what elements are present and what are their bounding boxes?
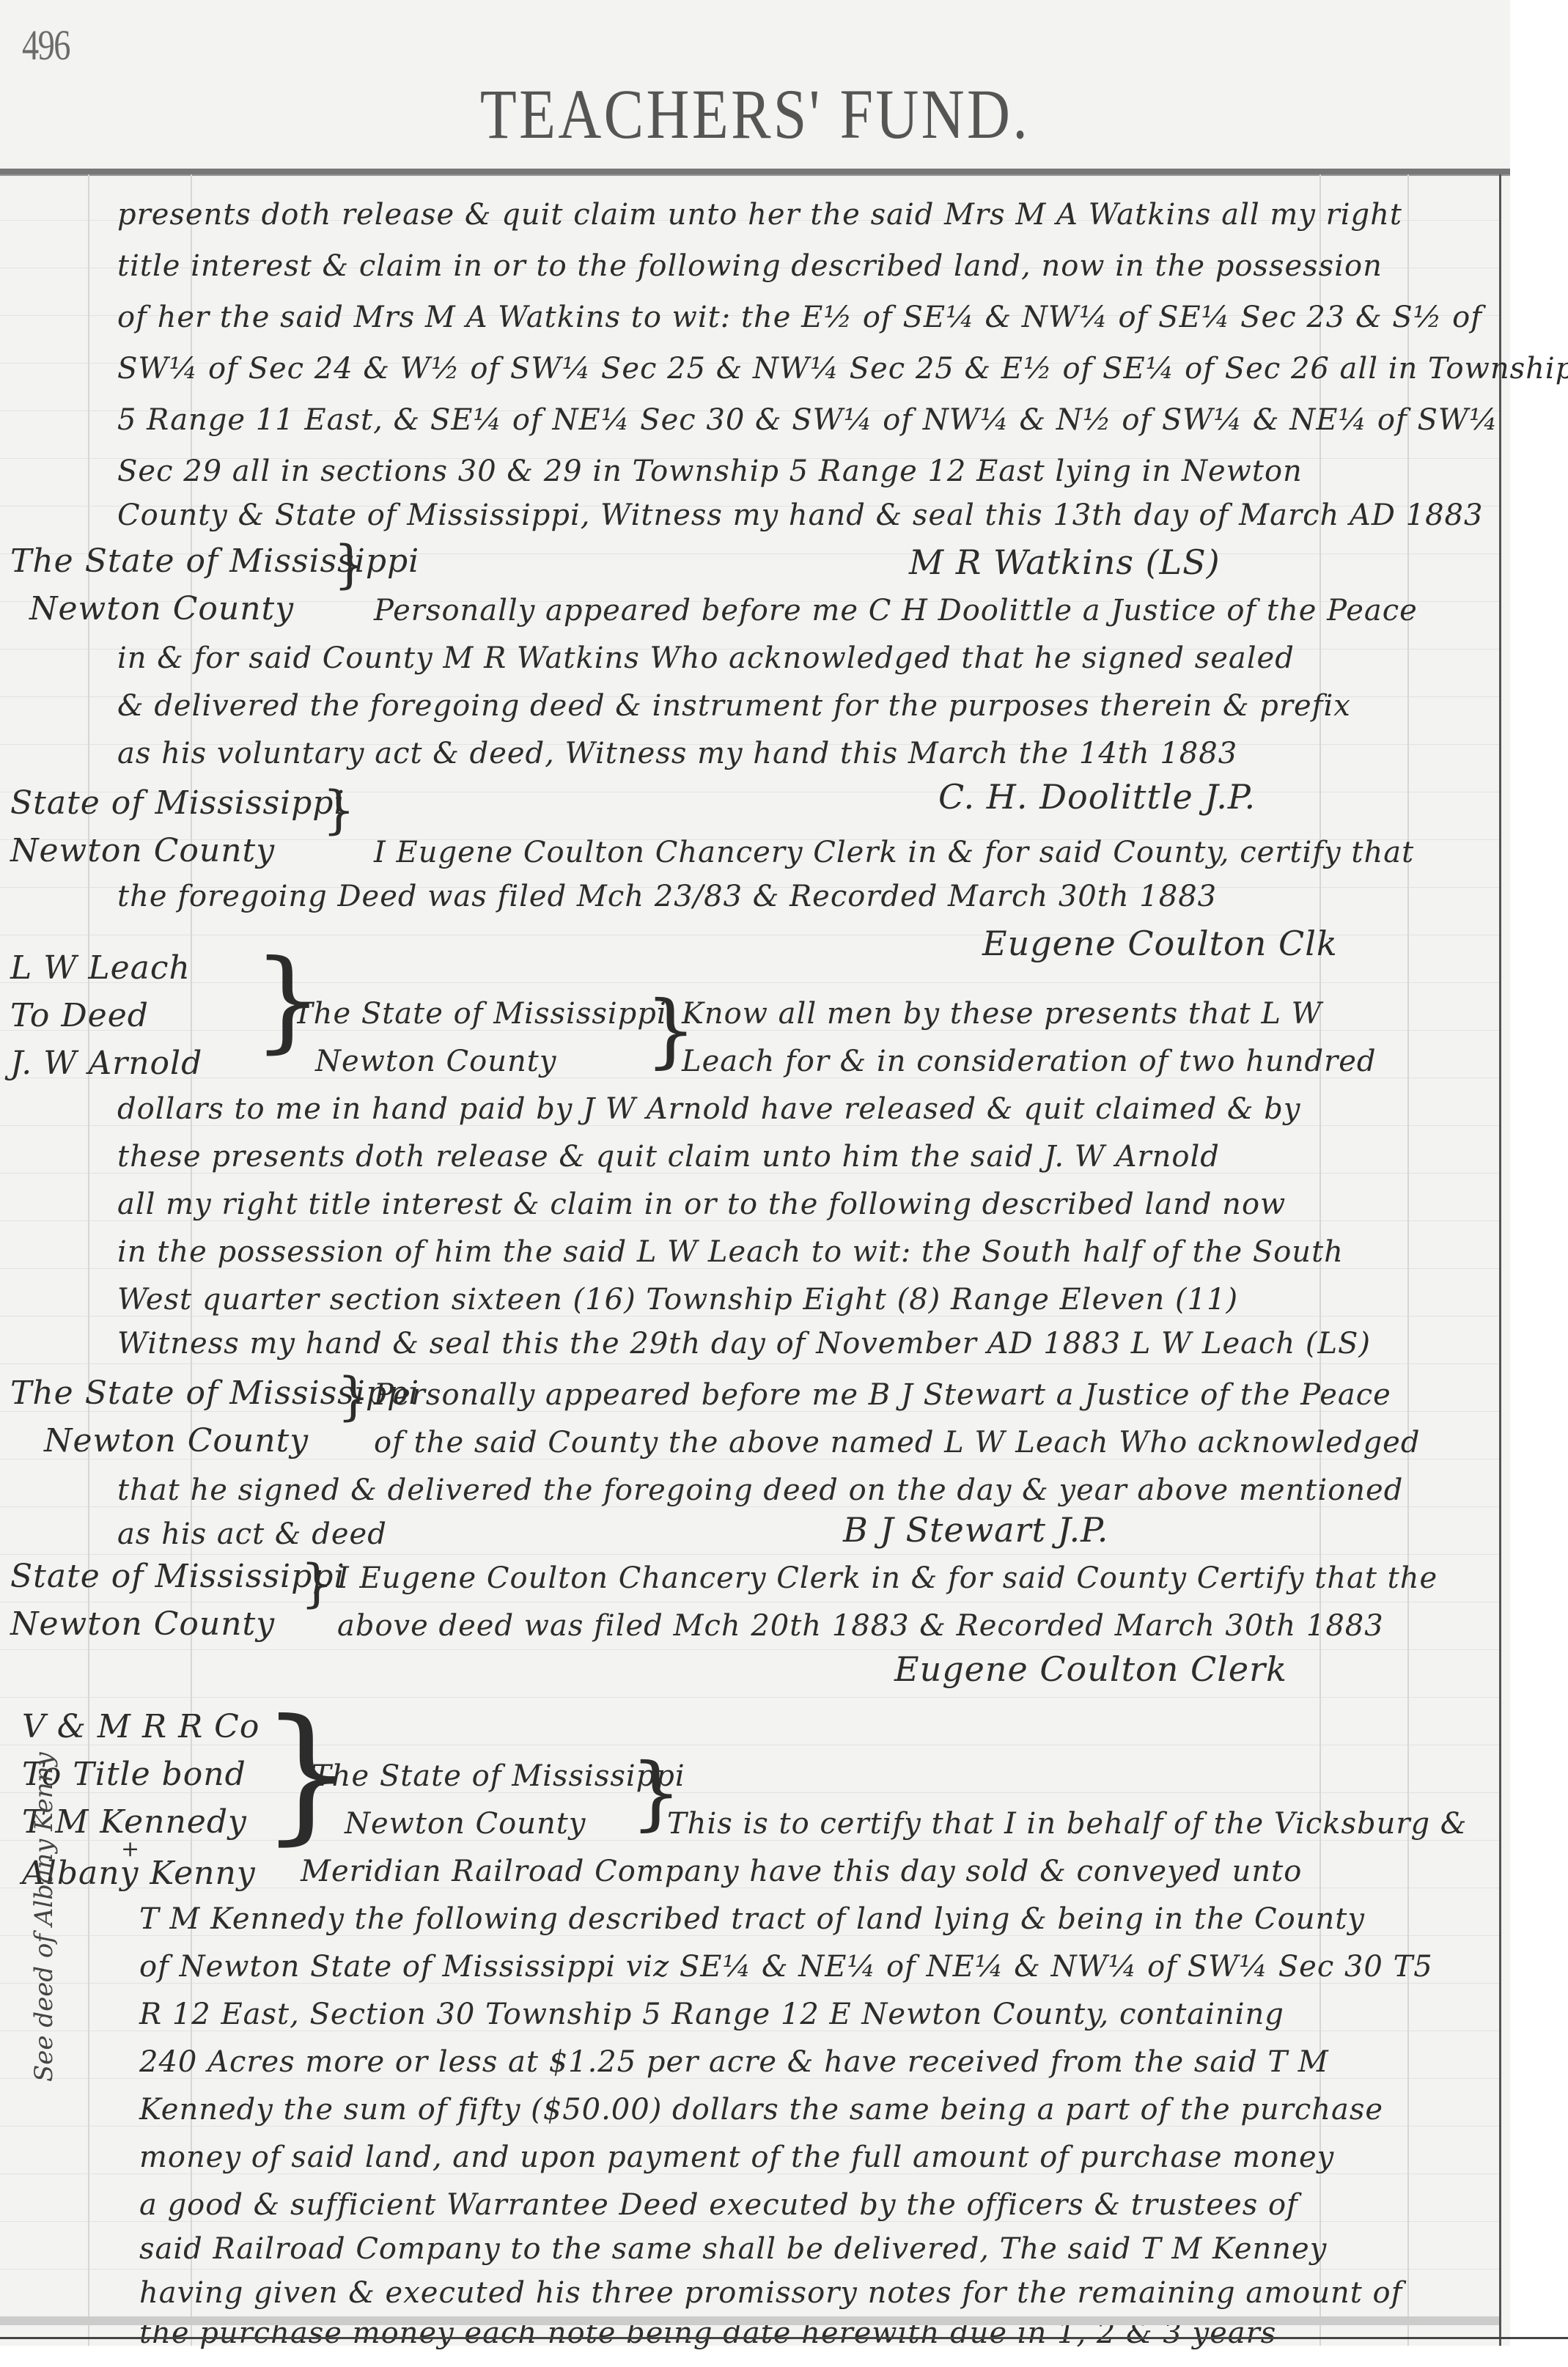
- deed-line: County & State of Mississippi, Witness m…: [117, 498, 1483, 532]
- margin-note-vertical: See deed of Albany Kenny: [29, 1752, 59, 2082]
- grantor-name: L W Leach: [10, 949, 191, 987]
- bond-line: a good & sufficient Warrantee Deed execu…: [139, 2188, 1298, 2222]
- deed-line: presents doth release & quit claim unto …: [117, 198, 1402, 232]
- bond-line: money of said land, and upon payment of …: [139, 2140, 1334, 2174]
- certificate-line: I Eugene Coulton Chancery Clerk in & for…: [337, 1561, 1438, 1595]
- bond-line: R 12 East, Section 30 Township 5 Range 1…: [139, 1998, 1284, 2031]
- ruling-line: [0, 1363, 1499, 1364]
- ruling-line: [0, 2269, 1499, 2270]
- deed-line: 5 Range 11 East, & SE¼ of NE¼ Sec 30 & S…: [117, 403, 1498, 437]
- acknowledgment-line: in & for said County M R Watkins Who ack…: [117, 641, 1295, 675]
- ruling-line: [0, 1602, 1499, 1602]
- grantor-signature: M R Watkins (LS): [909, 542, 1221, 582]
- brace-icon: }: [301, 1558, 334, 1609]
- deed-line: Witness my hand & seal this the 29th day…: [117, 1327, 1371, 1361]
- ruling-line: [0, 1697, 1499, 1698]
- header-rule: [0, 169, 1510, 176]
- deed-line: West quarter section sixteen (16) Townsh…: [117, 1283, 1238, 1317]
- grantor-name: V & M R R Co: [22, 1708, 260, 1745]
- jp-signature: B J Stewart J.P.: [843, 1510, 1108, 1550]
- bond-line: 240 Acres more or less at $1.25 per acre…: [139, 2045, 1329, 2079]
- bond-line: This is to certify that I in behalf of t…: [667, 1807, 1467, 1841]
- page-number: 496: [22, 21, 70, 70]
- acknowledgment-line: & delivered the foregoing deed & instrum…: [117, 689, 1351, 723]
- brace-icon: }: [337, 1371, 370, 1422]
- ruling-line: [0, 982, 1499, 983]
- right-border: [1499, 174, 1501, 2346]
- bond-line: having given & executed his three promis…: [139, 2276, 1402, 2310]
- venue-county: Newton County: [315, 1045, 556, 1078]
- venue-state: The State of Mississippi: [293, 997, 667, 1031]
- brace-icon: }: [334, 539, 367, 590]
- bottom-edge: [0, 2316, 1499, 2325]
- deed-line: title interest & claim in or to the foll…: [117, 249, 1383, 283]
- acknowledgment-line: that he signed & delivered the foregoing…: [117, 1473, 1403, 1507]
- bond-line: T M Kennedy the following described trac…: [139, 1902, 1365, 1936]
- bond-line: Kennedy the sum of fifty ($50.00) dollar…: [139, 2093, 1383, 2127]
- ledger-page: 496 TEACHERS' FUND. presents doth releas…: [0, 0, 1510, 2346]
- grantee-name: J. W Arnold: [10, 1045, 202, 1082]
- venue-state: State of Mississippi: [10, 784, 345, 822]
- deed-line: Leach for & in consideration of two hund…: [682, 1045, 1377, 1078]
- venue-county: Newton County: [29, 590, 294, 627]
- certificate-line: the foregoing Deed was filed Mch 23/83 &…: [117, 880, 1217, 913]
- certificate-line: above deed was filed Mch 20th 1883 & Rec…: [337, 1609, 1384, 1643]
- deed-line: dollars to me in hand paid by J W Arnold…: [117, 1092, 1300, 1126]
- deed-line: Sec 29 all in sections 30 & 29 in Townsh…: [117, 454, 1303, 488]
- deed-line: in the possession of him the said L W Le…: [117, 1235, 1344, 1269]
- venue-county: Newton County: [10, 832, 275, 869]
- bond-line: said Railroad Company to the same shall …: [139, 2232, 1327, 2266]
- bond-line: Meridian Railroad Company have this day …: [301, 1855, 1302, 1888]
- bottom-rule: [0, 2337, 1568, 2339]
- certificate-line: I Eugene Coulton Chancery Clerk in & for…: [374, 836, 1414, 869]
- deed-line: these presents doth release & quit claim…: [117, 1140, 1220, 1174]
- jp-signature: C. H. Doolittle J.P.: [938, 777, 1256, 817]
- venue-county: Newton County: [345, 1807, 586, 1841]
- page-heading: TEACHERS' FUND.: [114, 73, 1397, 155]
- instrument-type: To Deed: [10, 997, 149, 1034]
- ruling-line: [0, 1554, 1499, 1555]
- deed-line: SW¼ of Sec 24 & W½ of SW¼ Sec 25 & NW¼ S…: [117, 352, 1568, 386]
- acknowledgment-line: Personally appeared before me C H Doolit…: [374, 594, 1418, 627]
- deed-line: of her the said Mrs M A Watkins to wit: …: [117, 301, 1482, 334]
- clerk-signature: Eugene Coulton Clk: [982, 924, 1338, 963]
- venue-state: The State of Mississippi: [312, 1759, 685, 1793]
- bond-line: of Newton State of Mississippi viz SE¼ &…: [139, 1950, 1433, 1984]
- clerk-signature: Eugene Coulton Clerk: [894, 1649, 1287, 1689]
- margin-line: [88, 174, 89, 2346]
- deed-line: Know all men by these presents that L W: [682, 997, 1322, 1031]
- brace-icon: }: [323, 784, 356, 836]
- acknowledgment-line: Personally appeared before me B J Stewar…: [374, 1378, 1391, 1412]
- venue-county: Newton County: [44, 1422, 309, 1459]
- acknowledgment-line: as his act & deed: [117, 1517, 387, 1551]
- venue-county: Newton County: [10, 1605, 275, 1643]
- acknowledgment-line: of the said County the above named L W L…: [374, 1426, 1420, 1459]
- acknowledgment-line: as his voluntary act & deed, Witness my …: [117, 737, 1237, 770]
- deed-line: all my right title interest & claim in o…: [117, 1188, 1286, 1221]
- venue-state: State of Mississippi: [10, 1558, 345, 1595]
